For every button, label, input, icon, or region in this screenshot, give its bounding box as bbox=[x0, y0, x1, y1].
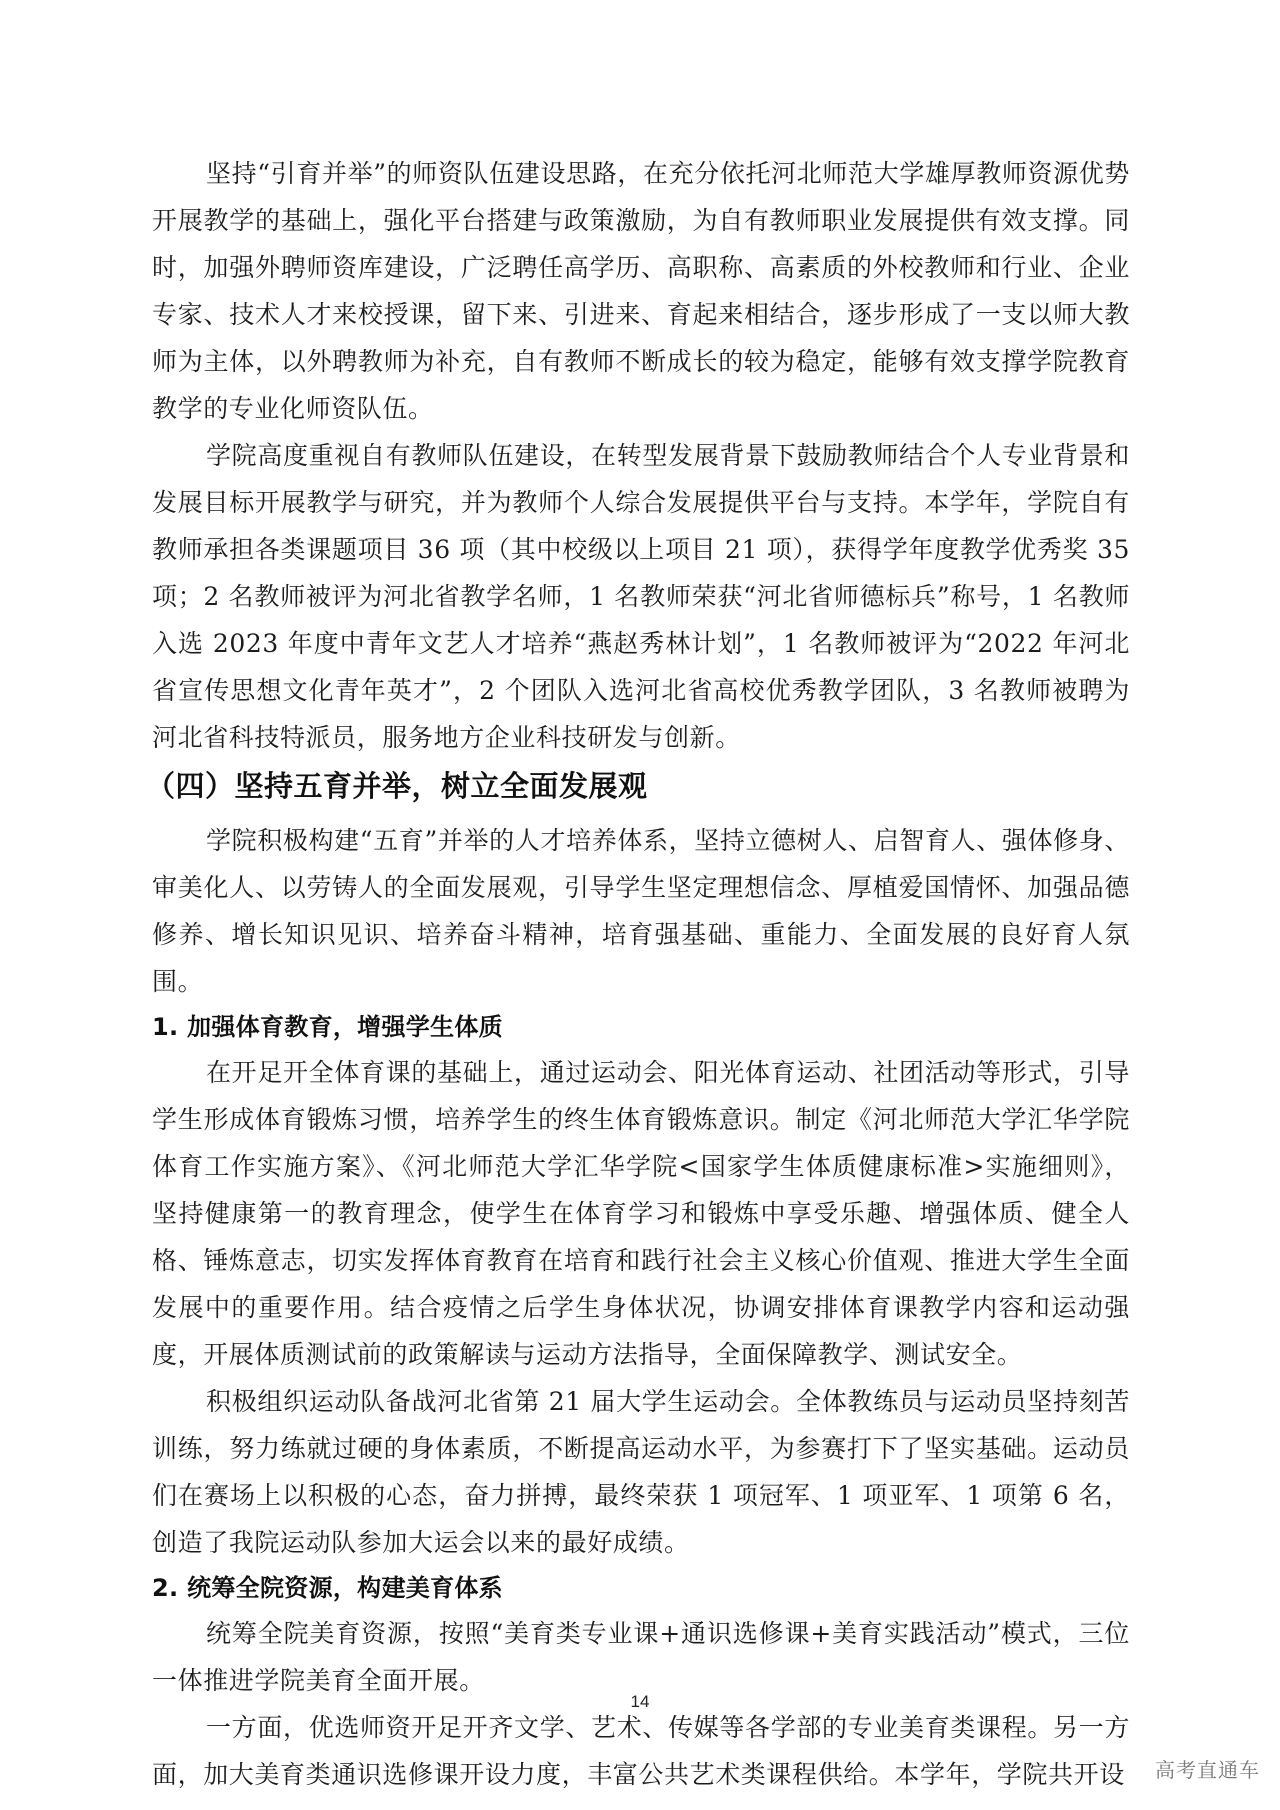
section-heading: （四）坚持五育并举，树立全面发展观 bbox=[146, 761, 1130, 811]
subsection-heading-pe: 1. 加强体育教育，增强学生体质 bbox=[152, 1005, 1130, 1049]
paragraph-aesthetics-model: 统筹全院美育资源，按照“美育类专业课+通识选修课+美育实践活动”模式，三位一体推… bbox=[152, 1610, 1130, 1704]
page-number: 14 bbox=[0, 1692, 1280, 1712]
document-page: 坚持“引育并举”的师资队伍建设思路，在充分依托河北师范大学雄厚教师资源优势开展教… bbox=[152, 150, 1130, 1798]
paragraph-five-education: 学院积极构建“五育”并举的人才培养体系，坚持立德树人、启智育人、强体修身、审美化… bbox=[152, 817, 1130, 1005]
subsection-heading-aesthetics: 2. 统筹全院资源，构建美育体系 bbox=[152, 1566, 1130, 1610]
paragraph-faculty-achievements: 学院高度重视自有教师队伍建设，在转型发展背景下鼓励教师结合个人专业背景和发展目标… bbox=[152, 432, 1130, 761]
paragraph-faculty-strategy: 坚持“引育并举”的师资队伍建设思路，在充分依托河北师范大学雄厚教师资源优势开展教… bbox=[152, 150, 1130, 432]
paragraph-pe-courses: 在开足开全体育课的基础上，通过运动会、阳光体育运动、社团活动等形式，引导学生形成… bbox=[152, 1049, 1130, 1378]
watermark: 高考直通车 bbox=[1155, 1754, 1260, 1783]
paragraph-sports-team: 积极组织运动队备战河北省第 21 届大学生运动会。全体教练员与运动员坚持刻苦训练… bbox=[152, 1378, 1130, 1566]
paragraph-aesthetics-courses: 一方面，优选师资开足开齐文学、艺术、传媒等各学部的专业美育类课程。另一方面，加大… bbox=[152, 1704, 1130, 1798]
